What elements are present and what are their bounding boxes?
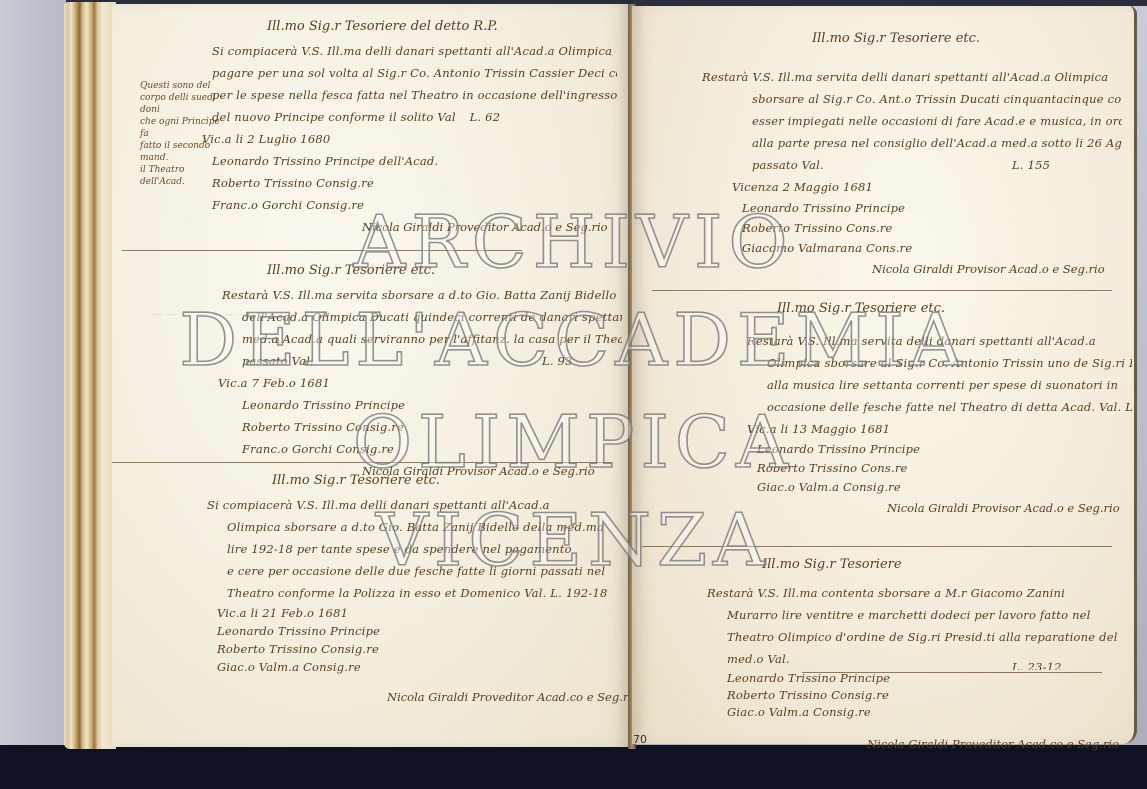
entry-body-line: Si compiacerà V.S. Ill.ma delli danari s… [212, 40, 617, 62]
entry-signatory: Franc.o Gorchi Consig.re [242, 438, 622, 460]
entry-signatory: Roberto Trissino Consig.re [212, 172, 617, 194]
book-page-edges [64, 2, 116, 749]
divider-line [802, 672, 1102, 673]
ledger-entry: Ill.mo Sig.r Tesoriere Restarà V.S. Ill.… [707, 552, 1127, 755]
ledger-entry: Ill.mo Sig.r Tesoriere del detto R.P. Si… [212, 14, 617, 238]
entry-body-line: dell'Acad.a Olimpica Ducati quindeci cor… [242, 306, 622, 328]
ledger-entry: Ill.mo Sig.r Tesoriere etc. Si compiacer… [207, 468, 622, 708]
entry-body-line: Restarà V.S. Ill.ma contenta sborsare a … [707, 582, 1127, 604]
entry-body-line: lire 192-18 per tante spese e da spender… [207, 538, 622, 560]
divider-line [112, 462, 612, 463]
entry-signatory: Giac.o Valm.a Consig.re [707, 704, 1127, 721]
entry-signatory: Leonardo Trissino Principe [207, 622, 622, 640]
entry-signatory: Roberto Trissino Consig.re [707, 687, 1127, 704]
ledger-entry: Ill.mo Sig.r Tesoriere etc. Restarà V.S.… [747, 296, 1132, 519]
entry-signatory: Leonardo Trissino Principe [242, 394, 622, 416]
entry-date: Vicenza 2 Maggio 1681 [702, 176, 1122, 198]
entry-date: Vic.a li 13 Maggio 1681 [747, 418, 1132, 440]
entry-body-line: Theatro conforme la Polizza in esso et D… [207, 582, 622, 604]
entry-signatory: Roberto Trissino Cons.re [747, 459, 1132, 478]
entry-signatory: Leonardo Trissino Principe [747, 440, 1132, 459]
divider-line [122, 250, 522, 251]
entry-body-line: alla parte presa nel consiglio dell'Acad… [702, 132, 1122, 154]
entry-signatory: Giacomo Valmarana Cons.re [702, 238, 1122, 258]
entry-signatory: Roberto Trissino Consig.re [207, 640, 622, 658]
entry-closing-signature: Nicola Giraldi Proveditor Acad.o e Seg.r… [212, 216, 617, 238]
entry-heading: Ill.mo Sig.r Tesoriere etc. [747, 296, 1132, 322]
entry-body-line: sborsare al Sig.r Co. Ant.o Trissin Duca… [702, 88, 1122, 110]
ledger-entry: Ill.mo Sig.r Tesoriere etc. Restarà V.S.… [702, 26, 1122, 280]
entry-signatory: Roberto Trissino Consig.re [242, 416, 622, 438]
background-left [0, 0, 66, 789]
entry-date: Vic.a li 21 Feb.o 1681 [207, 604, 622, 622]
bleed-through-text: — — — — — — — [152, 304, 250, 326]
entry-heading: Ill.mo Sig.r Tesoriere [707, 552, 1127, 578]
right-page: Ill.mo Sig.r Tesoriere etc. Restarà V.S.… [632, 6, 1137, 744]
page-number: 70 [633, 733, 647, 746]
entry-body-line: passato Val. L. 93 [242, 350, 622, 372]
entry-heading: Ill.mo Sig.r Tesoriere etc. [702, 26, 1122, 52]
entry-closing-signature: Nicola Giraldi Provisor Acad.o e Seg.rio [747, 497, 1132, 519]
entry-heading: Ill.mo Sig.r Tesoriere etc. [207, 468, 622, 494]
entry-heading: Ill.mo Sig.r Tesoriere etc. [242, 258, 622, 284]
entry-signatory: Giac.o Valm.a Consig.re [747, 478, 1132, 497]
entry-body-line: passato Val. L. 155 [702, 154, 1122, 176]
entry-body-line: Si compiacerà V.S. Ill.ma delli danari s… [207, 494, 622, 516]
entry-body-line: Theatro Olimpico d'ordine de Sig.ri Pres… [707, 626, 1127, 648]
entry-date: Vic.a 7 Feb.o 1681 [218, 372, 622, 394]
ledger-entry: Ill.mo Sig.r Tesoriere etc. Restarà V.S.… [242, 258, 622, 482]
entry-amount: L. 155 [1012, 154, 1050, 176]
entry-amount: L. 62 [470, 110, 501, 124]
entry-body-line: esser impiegati nelle occasioni di fare … [702, 110, 1122, 132]
entry-body-line: Olimpica sborsare al Sig.r Co. Antonio T… [747, 352, 1132, 374]
entry-date: Vic.a li 2 Luglio 1680 [202, 128, 617, 150]
entry-body-text: del nuovo Principe conforme il solito Va… [212, 110, 456, 124]
entry-signatory: Roberto Trissino Cons.re [702, 218, 1122, 238]
entry-signatory: Giac.o Valm.a Consig.re [207, 658, 622, 676]
entry-body-line: e cere per occasione delle due fesche fa… [207, 560, 622, 582]
entry-body-line: alla musica lire settanta correnti per s… [747, 374, 1132, 396]
entry-heading: Ill.mo Sig.r Tesoriere del detto R.P. [212, 14, 617, 40]
entry-body-line: Restarà V.S. Ill.ma servita delli danari… [702, 66, 1122, 88]
entry-body-text: med.o Val. [727, 652, 790, 666]
left-page: — — — — — — — Questi sono del corpo dell… [112, 4, 632, 747]
entry-signatory: Leonardo Trissino Principe [702, 198, 1122, 218]
entry-body-line: pagare per una sol volta al Sig.r Co. An… [212, 62, 617, 84]
entry-signatory: Franc.o Gorchi Consig.re [212, 194, 617, 216]
entry-body-line: Olimpica sborsare a d.to Gio. Batta Zani… [207, 516, 622, 538]
entry-body-text: passato Val. [752, 158, 824, 172]
entry-amount: L. 23-12 [1012, 656, 1062, 670]
entry-body-text: passato Val. [242, 354, 314, 368]
entry-amount: L. 93 [542, 350, 573, 372]
entry-body-line: Restarà V.S. Ill.ma servita sborsare a d… [222, 284, 622, 306]
divider-line [652, 290, 1112, 291]
entry-body-line: occasione delle fesche fatte nel Theatro… [747, 396, 1132, 418]
entry-body-line: Restarà V.S. Ill.ma servita delli danari… [747, 330, 1132, 352]
entry-body-line: med.a Acad.a quali serviranno per l'affi… [242, 328, 622, 350]
divider-line [642, 546, 1112, 547]
entry-closing-signature: Nicola Giraldi Provisor Acad.o e Seg.rio [702, 258, 1122, 280]
entry-body-line: Murarro lire ventitre e marchetti dodeci… [707, 604, 1127, 626]
entry-closing-signature: Nicola Giraldi Proveditor Acad.co e Seg.… [207, 686, 622, 708]
entry-body-line: del nuovo Principe conforme il solito Va… [212, 106, 617, 128]
entry-body-line: med.o Val. L. 23-12 [707, 648, 1127, 670]
entry-body-line: per le spese nella fesca fatta nel Theat… [212, 84, 617, 106]
entry-signatory: Leonardo Trissino Principe dell'Acad. [212, 150, 617, 172]
entry-closing-signature: Nicola Giraldi Proveditor Acad.co e Seg.… [707, 733, 1127, 755]
